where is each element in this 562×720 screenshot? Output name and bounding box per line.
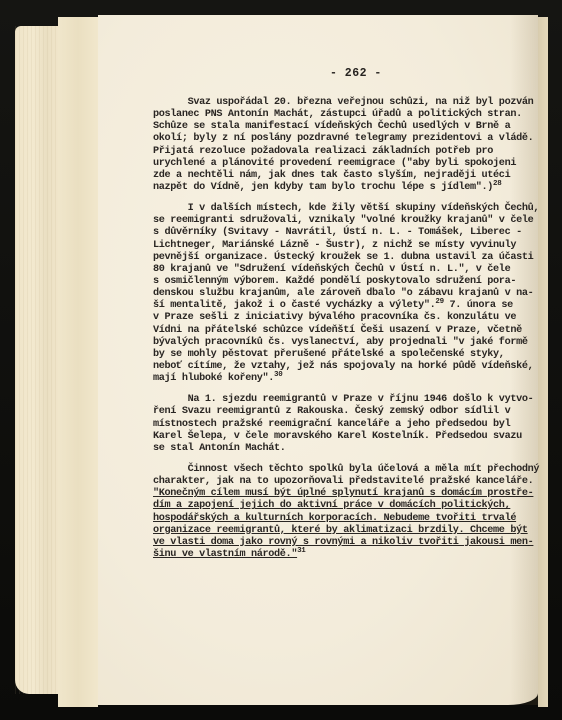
text-span: nazpět do Vídně, jen kdyby tam bylo troc…	[153, 182, 493, 193]
text-line: okolí; byly z ní poslány pozdravné teleg…	[153, 133, 533, 145]
text-line: 80 krajanů ve "Sdružení vídeňských Čechů…	[153, 264, 533, 276]
text-line: zde a nechtěli nám, jak dnes tak často s…	[153, 170, 533, 182]
text-line: neboť cítíme, že vztahy, jež nás spojova…	[153, 361, 533, 373]
underlined-quote-span: šinu ve vlastním národě."	[153, 549, 297, 560]
text-line: mají hluboké kořeny".30	[153, 373, 533, 385]
text-line: poslanec PNS Antonín Machát, zástupci úř…	[153, 109, 533, 121]
paragraph-1: Svaz uspořádal 20. března veřejnou schůz…	[153, 97, 533, 194]
page-number: - 262 -	[330, 67, 382, 80]
paragraph-3: Na 1. sjezdu reemigrantů v Praze v říjnu…	[153, 394, 533, 455]
underlined-quote-line: ve vlasti doma jako rovný s rovnými a ni…	[153, 537, 533, 549]
text-span: mají hluboké kořeny".	[153, 373, 274, 384]
text-line: Činnost všech těchto spolků byla účelová…	[153, 464, 533, 476]
text-line: v Praze sešli z iniciativy bývalého prac…	[153, 312, 533, 324]
typewritten-text: Svaz uspořádal 20. března veřejnou schůz…	[153, 97, 533, 561]
text-line: ření Svazu reemigrantů z Rakouska. Český…	[153, 406, 533, 418]
text-span: ší mentalitě, jakož i o časté vycházky a…	[153, 300, 435, 311]
page-stack-edges-inner	[58, 17, 98, 707]
text-line: Vídni na přátelské schůzce vídeňští Češi…	[153, 325, 533, 337]
paragraph-4: Činnost všech těchto spolků byla účelová…	[153, 464, 533, 561]
text-line: se reemigranti sdružovali, vznikaly "vol…	[153, 215, 533, 227]
text-line: denskou službu krajanům, ale zároveň dba…	[153, 288, 533, 300]
underlined-quote-line: "Konečným cílem musí být úplné splynutí …	[153, 488, 533, 500]
text-line: s důvěrníky (Svitavy - Navrátil, Ústí n.…	[153, 227, 533, 239]
text-line: bývalých pracovníků čs. vyslanectví, aby…	[153, 337, 533, 349]
footnote-ref: 31	[297, 547, 305, 555]
text-line: šinu ve vlastním národě."31	[153, 549, 533, 561]
text-line: nazpět do Vídně, jen kdyby tam bylo troc…	[153, 182, 533, 194]
text-line: by se mohly pěstovat přerušené přátelské…	[153, 349, 533, 361]
text-line: Přijatá rezoluce požadovala realizaci zá…	[153, 146, 533, 158]
text-line: Schůze se stala manifestací vídeňských Č…	[153, 121, 533, 133]
text-line: se stal Antonín Machát.	[153, 443, 533, 455]
text-line: ší mentalitě, jakož i o časté vycházky a…	[153, 300, 533, 312]
book-gutter-edge	[538, 17, 548, 707]
paragraph-2: I v dalších místech, kde žily větší skup…	[153, 203, 533, 385]
text-line: Lichtneger, Mariánské Lázně - Šustr), z …	[153, 240, 533, 252]
footnote-ref: 30	[274, 371, 282, 379]
text-line: místnostech pražské reemigrační kancelář…	[153, 419, 533, 431]
underlined-quote-line: dím a zapojení jejich do aktivní práce v…	[153, 500, 533, 512]
footnote-ref: 29	[435, 298, 443, 306]
text-line: pevnější organizace. Ústecký kroužek se …	[153, 252, 533, 264]
text-line: charakter, jak na to upozorňovali předst…	[153, 476, 533, 488]
text-line: urychlené a plánovité provedení reemigra…	[153, 158, 533, 170]
text-line: Svaz uspořádal 20. března veřejnou schůz…	[153, 97, 533, 109]
text-line: Karel Šelepa, v čele moravského Karel Ko…	[153, 431, 533, 443]
footnote-ref: 28	[493, 180, 501, 188]
text-line: I v dalších místech, kde žily větší skup…	[153, 203, 533, 215]
text-line: Na 1. sjezdu reemigrantů v Praze v říjnu…	[153, 394, 533, 406]
text-span: 7. února se	[444, 300, 513, 311]
underlined-quote-line: organizace reemigrantů, které by aklimat…	[153, 525, 533, 537]
text-line: s osmičlenným výborem. Každé pondělí pos…	[153, 276, 533, 288]
underlined-quote-line: hospodářských a kulturních korporacích. …	[153, 513, 533, 525]
